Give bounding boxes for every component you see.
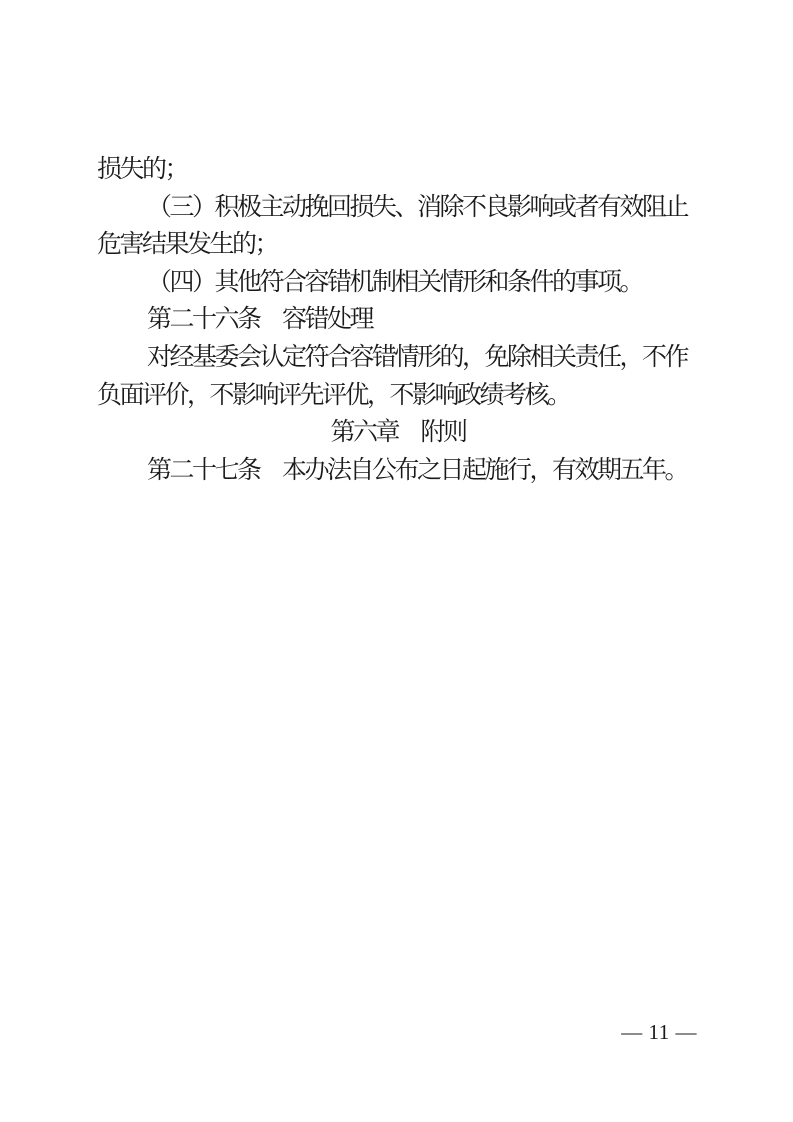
page-number: — 11 — [621,1020,697,1044]
article-26-heading: 第二十六条 容错处理 [97,301,699,339]
document-page: 损失的； （三）积极主动挽回损失、消除不良影响或者有效阻止危害结果发生的； （四… [0,0,793,1122]
chapter-6-heading: 第六章 附则 [97,414,699,452]
clause-item-4: （四）其他符合容错机制相关情形和条件的事项。 [97,264,699,302]
document-body: 损失的； （三）积极主动挽回损失、消除不良影响或者有效阻止危害结果发生的； （四… [97,151,699,489]
article-26-body: 对经基委会认定符合容错情形的，免除相关责任，不作负面评价，不影响评先评优，不影响… [97,339,699,414]
page-footer: — 11 — [621,1022,697,1043]
article-27: 第二十七条 本办法自公布之日起施行，有效期五年。 [97,452,699,490]
paragraph-continuation: 损失的； [97,151,699,189]
clause-item-3: （三）积极主动挽回损失、消除不良影响或者有效阻止危害结果发生的； [97,189,699,264]
